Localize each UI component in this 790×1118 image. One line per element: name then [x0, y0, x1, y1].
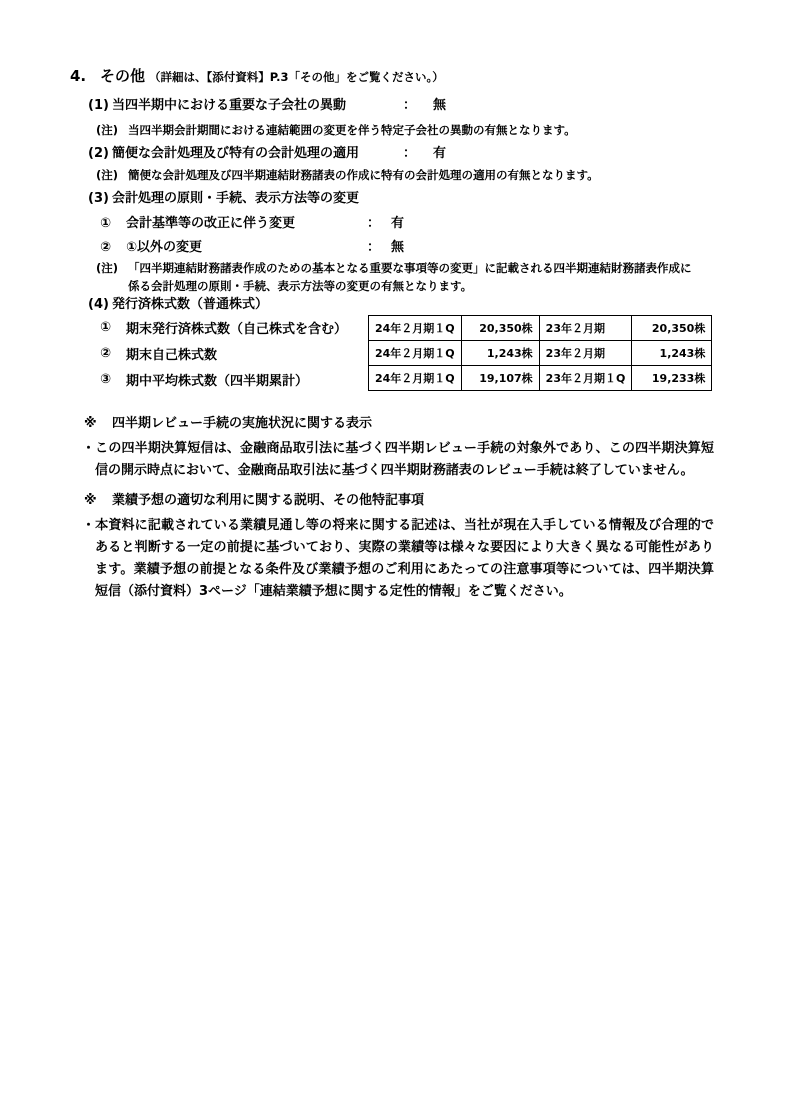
- item-3-note-text: 「四半期連結財務諸表作成のための基本となる重要な事項等の変更」に記載される四半期…: [128, 259, 700, 295]
- shares-row-3-number: ③: [100, 372, 126, 387]
- item-3-label: 会計処理の原則・手続、表示方法等の変更: [112, 191, 359, 207]
- item-3-note-label: (注): [96, 259, 128, 295]
- review-note-title-row: ※ 四半期レビュー手続の実施状況に関する表示: [84, 416, 750, 432]
- shares-cell: 23年２月期１Q: [539, 366, 632, 391]
- shares-table: 24年２月期１Q 20,350株 23年２月期 20,350株 24年２月期１Q…: [368, 315, 712, 391]
- shares-cell: 1,243株: [632, 341, 712, 366]
- item-3-number: (3): [88, 191, 112, 207]
- item-2-note-text: 簡便な会計処理及び四半期連結財務諸表の作成に特有の会計処理の適用の有無となります…: [128, 168, 599, 183]
- shares-cell: 20,350株: [461, 316, 539, 341]
- section-heading-note: （詳細は、【添付資料】P.3「その他」をご覧ください。）: [149, 69, 444, 86]
- shares-label-row-1: ① 期末発行済株式数（自己株式を含む）: [100, 315, 368, 341]
- shares-row-1-label: 期末発行済株式数（自己株式を含む）: [126, 318, 347, 337]
- shares-cell: 23年２月期: [539, 341, 632, 366]
- item-3-sub-2-row: ② ①以外の変更 ： 無: [100, 240, 750, 256]
- document-page: 4. その他 （詳細は、【添付資料】P.3「その他」をご覧ください。） (1) …: [0, 0, 790, 1118]
- shares-row-1-number: ①: [100, 320, 126, 335]
- item-4-row: (4) 発行済株式数（普通株式）: [88, 297, 750, 313]
- item-1-value: 無: [433, 98, 446, 114]
- section-heading: 4. その他 （詳細は、【添付資料】P.3「その他」をご覧ください。）: [70, 68, 750, 86]
- item-1-note-text: 当四半期会計期間における連結範囲の変更を伴う特定子会社の異動の有無となります。: [128, 123, 576, 138]
- item-1-note-label: (注): [96, 123, 128, 138]
- item-2-value: 有: [433, 146, 446, 162]
- shares-cell: 24年２月期１Q: [369, 366, 462, 391]
- shares-cell: 1,243株: [461, 341, 539, 366]
- asterisk-mark: ※: [84, 493, 112, 509]
- item-3-row: (3) 会計処理の原則・手続、表示方法等の変更: [88, 191, 750, 207]
- item-3-sub-1-number: ①: [100, 216, 126, 232]
- item-2-colon: ：: [403, 146, 433, 162]
- shares-label-row-3: ③ 期中平均株式数（四半期累計）: [100, 366, 368, 392]
- item-1-row: (1) 当四半期中における重要な子会社の異動 ： 無: [88, 98, 750, 114]
- item-4-number: (4): [88, 297, 112, 313]
- item-3-note: (注) 「四半期連結財務諸表作成のための基本となる重要な事項等の変更」に記載され…: [96, 259, 750, 295]
- shares-block: ① 期末発行済株式数（自己株式を含む） ② 期末自己株式数 ③ 期中平均株式数（…: [100, 315, 750, 392]
- shares-row-2-label: 期末自己株式数: [126, 344, 217, 363]
- forecast-note-title-row: ※ 業績予想の適切な利用に関する説明、その他特記事項: [84, 493, 750, 509]
- forecast-note-title: 業績予想の適切な利用に関する説明、その他特記事項: [112, 493, 424, 509]
- item-3-sub-2-label: ①以外の変更: [126, 240, 367, 256]
- shares-cell: 23年２月期: [539, 316, 632, 341]
- review-note-title: 四半期レビュー手続の実施状況に関する表示: [112, 416, 372, 432]
- shares-table-row-1: 24年２月期１Q 20,350株 23年２月期 20,350株: [369, 316, 712, 341]
- shares-row-3-label: 期中平均株式数（四半期累計）: [126, 370, 308, 389]
- asterisk-mark: ※: [84, 416, 112, 432]
- item-3-sub-2-colon: ：: [367, 240, 391, 256]
- item-2-label: 簡便な会計処理及び特有の会計処理の適用: [112, 146, 403, 162]
- shares-cell: 24年２月期１Q: [369, 316, 462, 341]
- item-3-sub-2-value: 無: [391, 240, 404, 256]
- shares-table-row-2: 24年２月期１Q 1,243株 23年２月期 1,243株: [369, 341, 712, 366]
- item-4-label: 発行済株式数（普通株式）: [112, 297, 268, 313]
- section-title: その他: [100, 68, 145, 85]
- review-note-body: ・この四半期決算短信は、金融商品取引法に基づく四半期レビュー手続の対象外であり、…: [82, 438, 714, 482]
- shares-cell: 19,233株: [632, 366, 712, 391]
- shares-cell: 24年２月期１Q: [369, 341, 462, 366]
- item-2-note: (注) 簡便な会計処理及び四半期連結財務諸表の作成に特有の会計処理の適用の有無と…: [96, 168, 750, 183]
- item-3-sub-1-label: 会計基準等の改正に伴う変更: [126, 216, 367, 232]
- forecast-note-body: ・本資料に記載されている業績見通し等の将来に関する記述は、当社が現在入手している…: [82, 515, 714, 603]
- item-3-sub-1-colon: ：: [367, 216, 391, 232]
- item-3-sub-1-row: ① 会計基準等の改正に伴う変更 ： 有: [100, 216, 750, 232]
- item-3-sub-2-number: ②: [100, 240, 126, 256]
- item-1-number: (1): [88, 98, 112, 114]
- shares-cell: 19,107株: [461, 366, 539, 391]
- shares-table-row-3: 24年２月期１Q 19,107株 23年２月期１Q 19,233株: [369, 366, 712, 391]
- item-1-label: 当四半期中における重要な子会社の異動: [112, 98, 403, 114]
- shares-cell: 20,350株: [632, 316, 712, 341]
- shares-row-2-number: ②: [100, 346, 126, 361]
- item-1-note: (注) 当四半期会計期間における連結範囲の変更を伴う特定子会社の異動の有無となり…: [96, 123, 750, 138]
- shares-label-row-2: ② 期末自己株式数: [100, 341, 368, 367]
- shares-labels-column: ① 期末発行済株式数（自己株式を含む） ② 期末自己株式数 ③ 期中平均株式数（…: [100, 315, 368, 392]
- item-2-note-label: (注): [96, 168, 128, 183]
- item-1-colon: ：: [403, 98, 433, 114]
- item-2-number: (2): [88, 146, 112, 162]
- item-3-sub-1-value: 有: [391, 216, 404, 232]
- section-number: 4.: [70, 68, 100, 85]
- item-2-row: (2) 簡便な会計処理及び特有の会計処理の適用 ： 有: [88, 146, 750, 162]
